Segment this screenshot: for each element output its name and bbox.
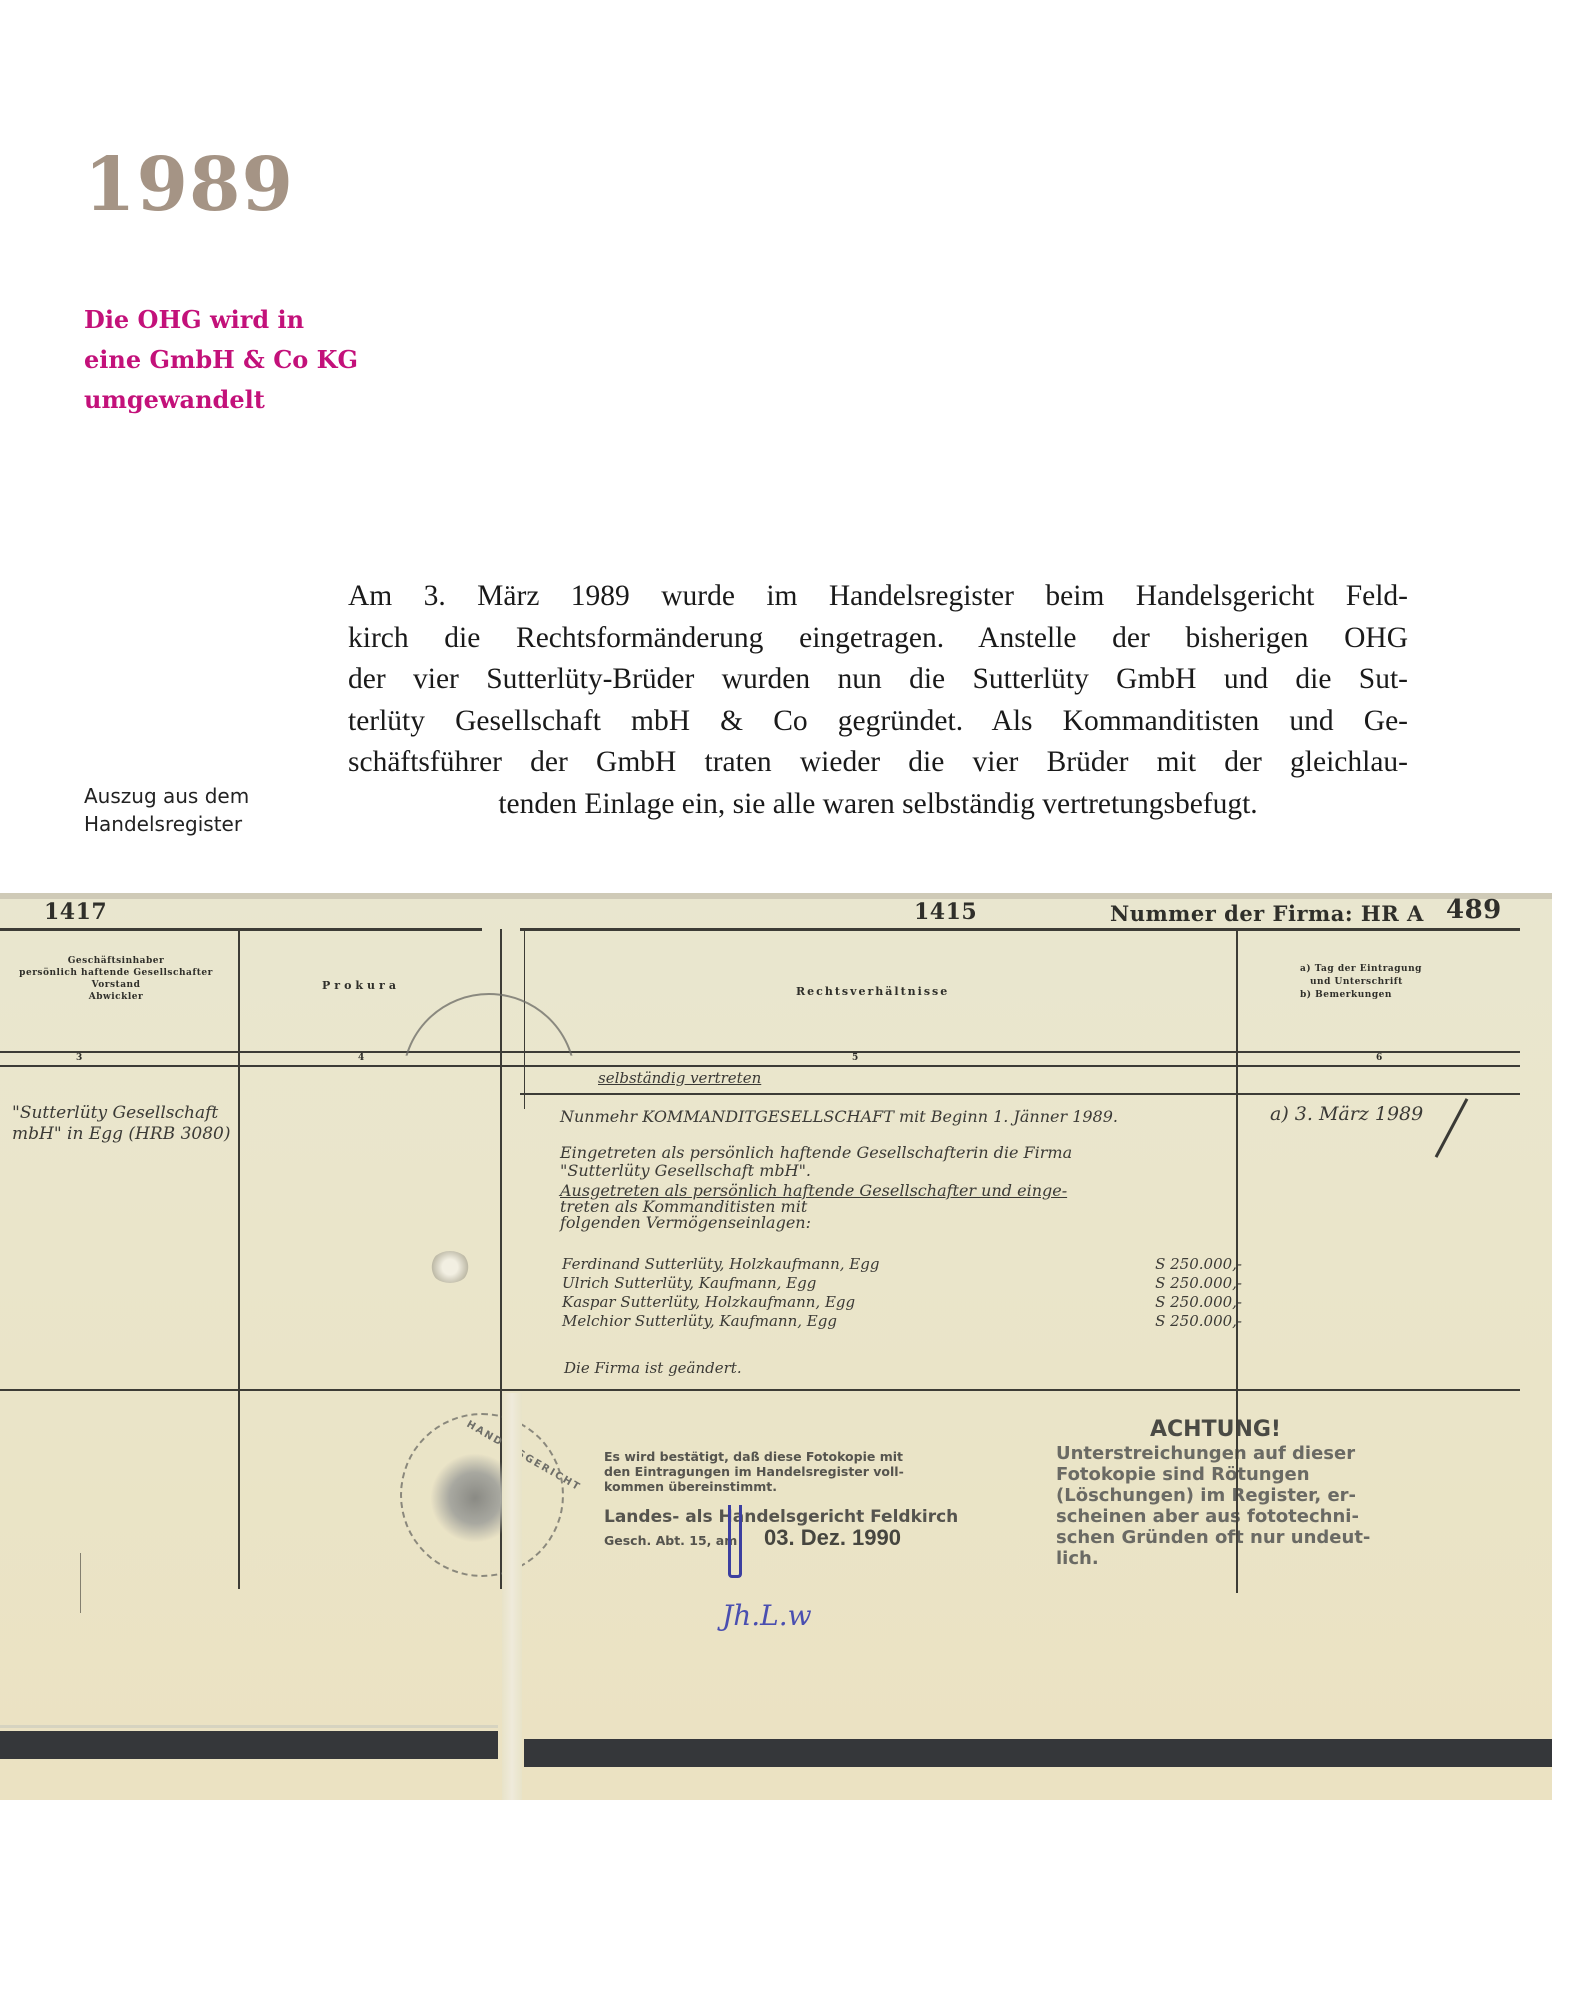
column-header-legal-relations: Rechtsverhältnisse xyxy=(796,985,949,998)
cert-line: Es wird bestätigt, daß diese Fotokopie m… xyxy=(604,1449,904,1464)
year-heading: 1989 xyxy=(84,148,294,222)
page-number-left: 1417 xyxy=(44,899,107,925)
partner-row: Ulrich Sutterlüty, Kaufmann, Egg S 250.0… xyxy=(562,1274,1242,1293)
header-line: a) Tag der Eintragung xyxy=(1300,963,1422,976)
previous-entry: selbständig vertreten xyxy=(598,1069,761,1087)
rule xyxy=(0,1065,1520,1067)
column-number: 6 xyxy=(1376,1053,1383,1063)
stamp-arc xyxy=(402,993,576,1167)
partner-amount: S 250.000,- xyxy=(1155,1255,1242,1274)
rule xyxy=(0,1051,1520,1053)
column-header-prokura: Prokura xyxy=(322,979,400,992)
headline-line: eine GmbH & Co KG xyxy=(84,340,444,380)
column-divider xyxy=(1236,1393,1238,1593)
closing-entry: Die Firma ist geändert. xyxy=(564,1359,742,1377)
owner-entry: "Sutterlüty Gesellschaft mbH" in Egg (HR… xyxy=(12,1103,230,1145)
warning-title: ACHTUNG! xyxy=(1150,1417,1281,1442)
bottom-bar-left xyxy=(0,1731,498,1759)
paper-edge xyxy=(0,893,1552,899)
partner-amount: S 250.000,- xyxy=(1155,1293,1242,1312)
partner-list: Ferdinand Sutterlüty, Holzkaufmann, Egg … xyxy=(562,1255,1242,1331)
body-line: schäftsführer der GmbH traten wieder die… xyxy=(348,742,1408,784)
image-caption: Auszug aus dem Handelsregister xyxy=(84,782,249,838)
firm-number: 489 xyxy=(1446,895,1502,925)
partner-name: Ulrich Sutterlüty, Kaufmann, Egg xyxy=(562,1274,816,1293)
certification-date: 03. Dez. 1990 xyxy=(764,1525,901,1551)
page-gutter xyxy=(502,1393,522,1800)
partner-row: Kaspar Sutterlüty, Holzkaufmann, Egg S 2… xyxy=(562,1293,1242,1312)
column-number: 3 xyxy=(76,1053,83,1063)
headline-line: umgewandelt xyxy=(84,380,444,420)
rule xyxy=(0,1389,1520,1391)
column-header-date: a) Tag der Eintragung und Unterschrift b… xyxy=(1300,963,1422,1002)
section-headline: Die OHG wird in eine GmbH & Co KG umgewa… xyxy=(84,300,444,420)
entry-line: "Sutterlüty Gesellschaft xyxy=(12,1103,230,1124)
body-line: tenden Einlage ein, sie alle waren selbs… xyxy=(348,784,1408,826)
court-department: Gesch. Abt. 15, am xyxy=(604,1533,737,1548)
body-line: Am 3. März 1989 wurde im Handelsregister… xyxy=(348,576,1408,618)
header-line: und Unterschrift xyxy=(1300,976,1422,989)
rule xyxy=(520,1093,1520,1095)
partner-name: Kaspar Sutterlüty, Holzkaufmann, Egg xyxy=(562,1293,855,1312)
caption-line: Auszug aus dem xyxy=(84,782,249,810)
entry-line: folgenden Vermögenseinlagen: xyxy=(560,1211,1118,1235)
warning-text: Unterstreichungen auf dieser Fotokopie s… xyxy=(1056,1443,1370,1569)
entry-line: mbH" in Egg (HRB 3080) xyxy=(12,1124,230,1145)
header-line: Abwickler xyxy=(0,991,232,1003)
headline-line: Die OHG wird in xyxy=(84,300,444,340)
entry-line: Nunmehr KOMMANDITGESELLSCHAFT mit Beginn… xyxy=(560,1105,1118,1129)
warning-line: Unterstreichungen auf dieser xyxy=(1056,1443,1370,1464)
warning-line: lich. xyxy=(1056,1548,1370,1569)
bottom-bar-right xyxy=(524,1739,1552,1767)
legal-relations-entry: Nunmehr KOMMANDITGESELLSCHAFT mit Beginn… xyxy=(560,1105,1118,1235)
rule xyxy=(0,928,482,931)
firm-number-label: Nummer der Firma: HR A xyxy=(1110,901,1424,926)
body-line: kirch die Rechtsformänderung eingetragen… xyxy=(348,618,1408,660)
header-line: Vorstand xyxy=(0,979,232,991)
partner-amount: S 250.000,- xyxy=(1155,1312,1242,1331)
warning-line: Fotokopie sind Rötungen xyxy=(1056,1464,1370,1485)
certification-text: Es wird bestätigt, daß diese Fotokopie m… xyxy=(604,1449,904,1494)
registration-date: a) 3. März 1989 xyxy=(1270,1103,1423,1125)
caption-line: Handelsregister xyxy=(84,810,249,838)
signature: Jh.L.w xyxy=(722,1599,812,1632)
partner-name: Melchior Sutterlüty, Kaufmann, Egg xyxy=(562,1312,837,1331)
body-paragraph: Am 3. März 1989 wurde im Handelsregister… xyxy=(348,576,1408,825)
body-line: terlüty Gesellschaft mbH & Co gegründet.… xyxy=(348,701,1408,743)
court-name: Landes- als Handelsgericht Feldkirch xyxy=(604,1507,958,1527)
partner-row: Ferdinand Sutterlüty, Holzkaufmann, Egg … xyxy=(562,1255,1242,1274)
header-line: Geschäftsinhaber xyxy=(0,955,232,967)
punch-hole xyxy=(430,1251,470,1283)
rule xyxy=(0,1725,498,1728)
signature-mark xyxy=(1435,1098,1469,1158)
warning-line: schen Gründen oft nur undeut- xyxy=(1056,1527,1370,1548)
register-document-image: 1417 1415 Nummer der Firma: HR A 489 Ges… xyxy=(0,893,1552,1800)
cert-line: den Eintragungen im Handelsregister voll… xyxy=(604,1464,904,1479)
body-line: der vier Sutterlüty-Brüder wurden nun di… xyxy=(348,659,1408,701)
partner-name: Ferdinand Sutterlüty, Holzkaufmann, Egg xyxy=(562,1255,879,1274)
signature-stroke xyxy=(728,1505,742,1578)
warning-line: (Löschungen) im Register, er- xyxy=(1056,1485,1370,1506)
column-divider xyxy=(238,929,240,1589)
page-number-center: 1415 xyxy=(914,899,977,925)
partner-row: Melchior Sutterlüty, Kaufmann, Egg S 250… xyxy=(562,1312,1242,1331)
column-number: 4 xyxy=(358,1053,365,1063)
rule xyxy=(520,928,1520,931)
partner-amount: S 250.000,- xyxy=(1155,1274,1242,1293)
column-header-owners: Geschäftsinhaber persönlich haftende Ges… xyxy=(0,955,232,1003)
column-number: 5 xyxy=(852,1053,859,1063)
warning-line: scheinen aber aus fototechni- xyxy=(1056,1506,1370,1527)
header-line: persönlich haftende Gesellschafter xyxy=(0,967,232,979)
cert-line: kommen übereinstimmt. xyxy=(604,1479,904,1494)
header-line: b) Bemerkungen xyxy=(1300,989,1422,1002)
fold-line xyxy=(80,1553,81,1613)
